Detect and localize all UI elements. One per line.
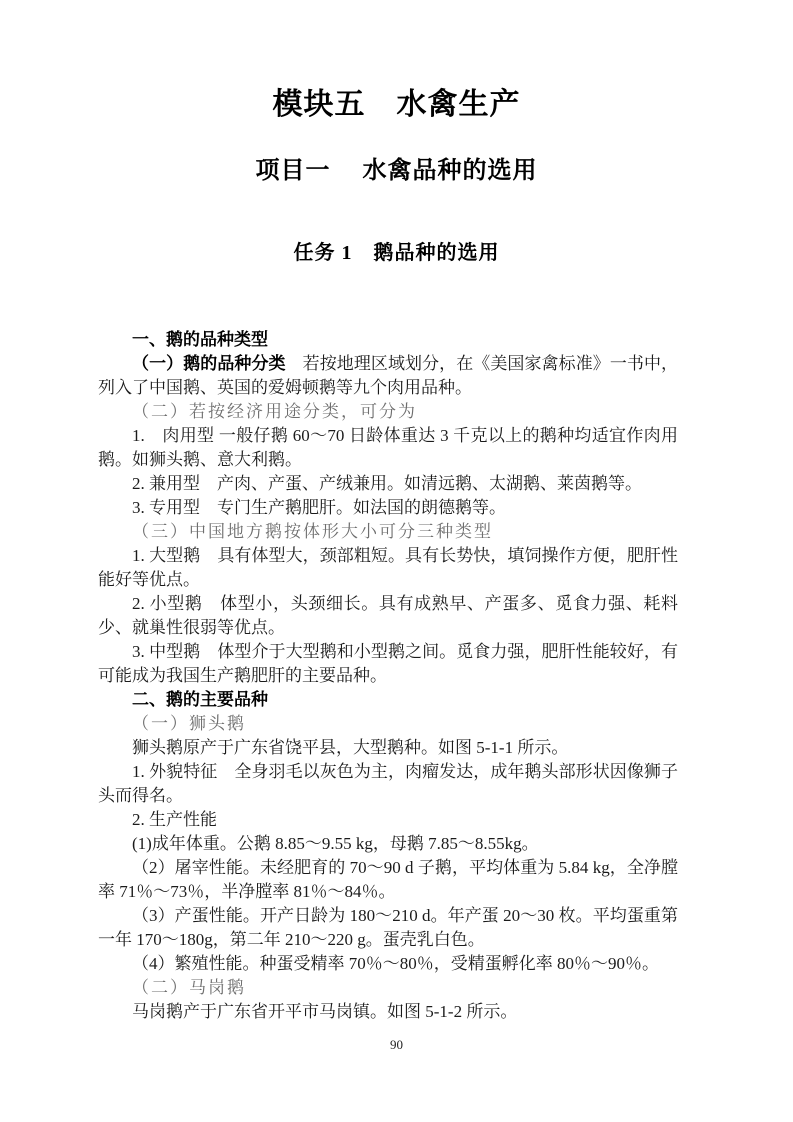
paragraph-slaughter-performance: （2）屠宰性能。未经肥育的 70～90 d 子鹅，平均体重为 5.84 kg，全… bbox=[98, 856, 678, 904]
section-heading-main-goose-breeds: 二、鹅的主要品种 bbox=[98, 688, 678, 712]
paragraph-lionhead-appearance: 1. 外貌特征 全身羽毛以灰色为主，肉瘤发达，成年鹅头部形状因像狮子头而得名。 bbox=[98, 760, 678, 808]
paragraph-lead-breed-classification: （一）鹅的品种分类 bbox=[132, 354, 286, 373]
paragraph-magang-origin: 马岗鹅产于广东省开平市马岗镇。如图 5-1-2 所示。 bbox=[98, 1000, 678, 1024]
section-heading-goose-breed-types: 一、鹅的品种类型 bbox=[98, 328, 678, 352]
paragraph-large-goose: 1. 大型鹅 具有体型大，颈部粗短。具有长势快，填饲操作方便，肥肝性能好等优点。 bbox=[98, 544, 678, 592]
document-page: 模块五 水禽生产 项目一 水禽品种的选用 任务 1 鹅品种的选用 一、鹅的品种类… bbox=[0, 0, 793, 1122]
paragraph-meat-type: 1. 肉用型 一般仔鹅 60～70 日龄体重达 3 千克以上的鹅种均适宜作肉用鹅… bbox=[98, 424, 678, 472]
subheading-lionhead-goose: （一）狮头鹅 bbox=[98, 712, 678, 736]
subheading-magang-goose: （二）马岗鹅 bbox=[98, 976, 678, 1000]
paragraph-adult-weight: (1)成年体重。公鹅 8.85～9.55 kg，母鹅 7.85～8.55kg。 bbox=[98, 832, 678, 856]
task-title: 任务 1 鹅品种的选用 bbox=[0, 242, 793, 265]
project-title: 项目一 水禽品种的选用 bbox=[0, 158, 793, 186]
subheading-chinese-local-goose-sizes: （三）中国地方鹅按体形大小可分三种类型 bbox=[98, 520, 678, 544]
paragraph-reproduction-performance: （4）繁殖性能。种蛋受精率 70％～80％，受精蛋孵化率 80％～90％。 bbox=[98, 952, 678, 976]
subheading-economic-use-classification: （二）若按经济用途分类，可分为 bbox=[98, 400, 678, 424]
paragraph-breed-classification: （一）鹅的品种分类 若按地理区域划分，在《美国家禽标准》一书中，列入了中国鹅、英… bbox=[98, 352, 678, 400]
paragraph-medium-goose: 3. 中型鹅 体型介于大型鹅和小型鹅之间。觅食力强，肥肝性能较好，有可能成为我国… bbox=[98, 640, 678, 688]
paragraph-egg-production: （3）产蛋性能。开产日龄为 180～210 d。年产蛋 20～30 枚。平均蛋重… bbox=[98, 904, 678, 952]
paragraph-special-purpose-type: 3. 专用型 专门生产鹅肥肝。如法国的朗德鹅等。 bbox=[98, 496, 678, 520]
paragraph-lionhead-origin: 狮头鹅原产于广东省饶平县，大型鹅种。如图 5-1-1 所示。 bbox=[98, 736, 678, 760]
document-body: 一、鹅的品种类型 （一）鹅的品种分类 若按地理区域划分，在《美国家禽标准》一书中… bbox=[98, 328, 678, 1024]
module-title: 模块五 水禽生产 bbox=[0, 88, 793, 123]
page-number: 90 bbox=[0, 1037, 793, 1053]
paragraph-dual-purpose-type: 2. 兼用型 产肉、产蛋、产绒兼用。如清远鹅、太湖鹅、莱茵鹅等。 bbox=[98, 472, 678, 496]
paragraph-small-goose: 2. 小型鹅 体型小，头颈细长。具有成熟早、产蛋多、觅食力强、耗料少、就巢性很弱… bbox=[98, 592, 678, 640]
paragraph-lionhead-performance: 2. 生产性能 bbox=[98, 808, 678, 832]
